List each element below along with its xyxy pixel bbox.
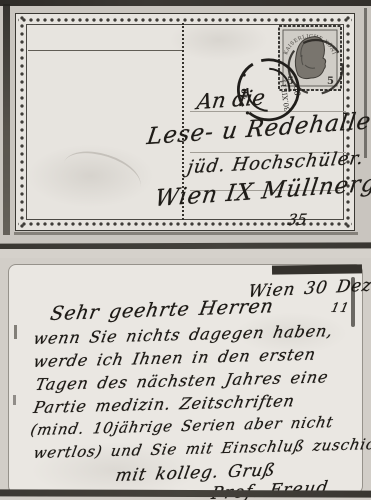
photo-artifact-bar [272,264,362,274]
card-shadow [14,232,358,235]
message-body-line-text: wertlos) und Sie mit Einschluß zuschicke… [32,434,371,462]
postmark-date: 30.XII.11 [279,78,291,112]
photo-edge-right [364,8,367,158]
message-salutation-text: Sehr geehrte Herren [49,295,276,325]
message-date-year-text: 11 [329,301,350,316]
message-date-year: 11 [331,301,349,316]
message-body-line: Partie medizin. Zeitschriften [34,391,295,417]
postcard-back-photo: Wien 30 Dez 11 Sehr geehrte Herren wenn … [0,258,371,500]
address-line-1: An die [196,85,265,114]
photo-artifact-mark [13,395,16,405]
postcard-front: KAISERLICHE KÖNIGLICHE 5 5 40 30.XII.11 … [16,14,354,230]
message-salutation: Sehr geehrte Herren [50,295,274,325]
decorative-border-left [18,16,26,228]
sender-rule-line [28,50,184,51]
photo-artifact-mark [14,325,17,339]
postmark-number-right: 99 [293,85,303,96]
message-body-line-text: wenn Sie nichts dagegen haben, [32,321,335,348]
photo-separator-gap [0,249,371,258]
message-body-line-text: Tagen des nächsten Jahres eine [34,367,330,394]
message-body-line: Tagen des nächsten Jahres eine [36,367,329,394]
address-line-1-text: An die [195,85,266,114]
message-body-line-text: werde ich Ihnen in den ersten [32,345,318,371]
postcard-back: Wien 30 Dez 11 Sehr geehrte Herren wenn … [8,264,363,494]
postcard-scan: KAISERLICHE KÖNIGLICHE 5 5 40 30.XII.11 … [0,0,371,500]
postcard-front-photo: KAISERLICHE KÖNIGLICHE 5 5 40 30.XII.11 … [0,0,371,252]
message-body-line: wertlos) und Sie mit Einschluß zuschicke… [34,434,371,462]
message-body-line-text: (mind. 10jährige Serien aber nicht [29,413,335,439]
message-body-line-text: Partie medizin. Zeitschriften [32,391,297,417]
message-body-line: werde ich Ihnen in den ersten [34,345,317,371]
address-house-number: 35 [287,210,307,229]
message-body-line: wenn Sie nichts dagegen haben, [34,321,334,348]
photo-edge-top [0,0,371,6]
photo-edge-left [3,4,10,235]
decorative-border-top [18,16,352,24]
message-body-line: (mind. 10jährige Serien aber nicht [31,413,334,439]
photo-edge-bottom [0,489,371,497]
address-house-number-text: 35 [286,210,308,229]
